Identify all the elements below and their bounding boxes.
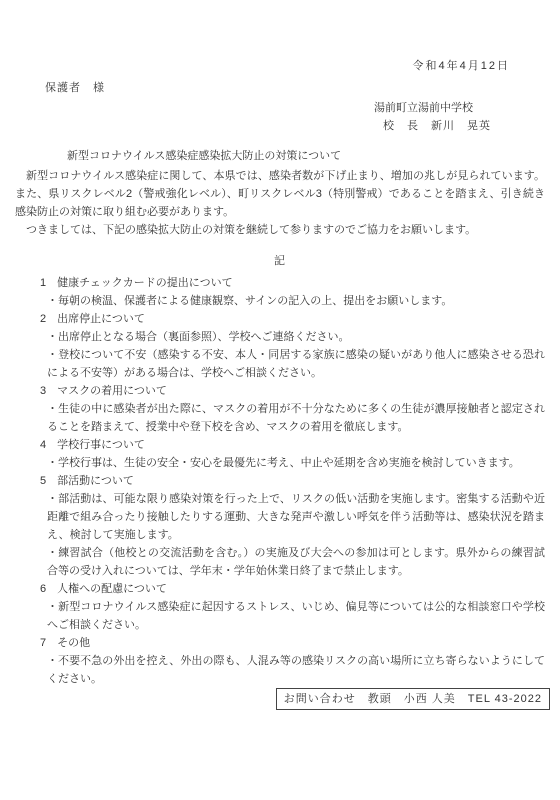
document-title: 新型コロナウイルス感染症感染拡大防止の対策について xyxy=(67,147,545,165)
item-heading-row: 4 学校行事について xyxy=(40,436,545,454)
sender-principal-name: 校 長 新川 晃英 xyxy=(383,117,545,135)
contact-area: お問い合わせ 教頭 小西 人美 TEL 43-2022 xyxy=(15,688,550,710)
bullet-line: ・学校行事は、生徒の安全・安心を最優先に考え、中止や延期を含め実施を検討していき… xyxy=(47,454,545,472)
list-item-6: 6 人権への配慮について ・新型コロナウイルス感染症に起因するストレス、いじめ、… xyxy=(15,580,545,634)
item-list: 1 健康チェックカードの提出について ・毎朝の検温、保護者による健康観察、サイン… xyxy=(15,274,545,688)
bullet-line: ・部活動は、可能な限り感染対策を行った上で、リスクの低い活動を実施します。密集す… xyxy=(47,490,545,544)
item-title: マスクの着用について xyxy=(57,382,167,400)
item-number: 7 xyxy=(40,634,46,652)
item-number: 1 xyxy=(40,274,46,292)
item-title: その他 xyxy=(57,634,90,652)
record-marker: 記 xyxy=(15,252,545,270)
bullet-line: ・不要不急の外出を控え、外出の際も、人混み等の感染リスクの高い場所に立ち寄らない… xyxy=(47,652,545,688)
bullet-line: ・毎朝の検温、保護者による健康観察、サインの記入の上、提出をお願いします。 xyxy=(47,292,545,310)
list-item-4: 4 学校行事について ・学校行事は、生徒の安全・安心を最優先に考え、中止や延期を… xyxy=(15,436,545,472)
item-number: 2 xyxy=(40,310,46,328)
list-item-3: 3 マスクの着用について ・生徒の中に感染者が出た際に、マスクの着用が不十分なた… xyxy=(15,382,545,436)
bullet-line: ・出席停止となる場合（裏面参照）、学校へご連絡ください。 xyxy=(47,328,545,346)
item-heading-row: 6 人権への配慮について xyxy=(40,580,545,598)
bullet-line: ・練習試合（他校との交流活動を含む。）の実施及び大会への参加は可とします。県外か… xyxy=(47,544,545,580)
bullet-line: ・新型コロナウイルス感染症に起因するストレス、いじめ、偏見等については公的な相談… xyxy=(47,598,545,634)
item-title: 人権への配慮について xyxy=(57,580,167,598)
item-title: 学校行事について xyxy=(57,436,145,454)
item-number: 5 xyxy=(40,472,46,490)
item-title: 部活動について xyxy=(57,472,134,490)
item-heading-row: 3 マスクの着用について xyxy=(40,382,545,400)
item-title: 健康チェックカードの提出について xyxy=(57,274,232,292)
item-heading-row: 7 その他 xyxy=(40,634,545,652)
item-heading-row: 5 部活動について xyxy=(40,472,545,490)
list-item-1: 1 健康チェックカードの提出について ・毎朝の検温、保護者による健康観察、サイン… xyxy=(15,274,545,310)
item-heading-row: 1 健康チェックカードの提出について xyxy=(40,274,545,292)
request-paragraph: つきましては、下記の感染拡大防止の対策を継続して参りますのでご協力をお願いします… xyxy=(15,221,545,239)
item-number: 6 xyxy=(40,580,46,598)
list-item-5: 5 部活動について ・部活動は、可能な限り感染対策を行った上で、リスクの低い活動… xyxy=(15,472,545,580)
item-number: 3 xyxy=(40,382,46,400)
contact-box: お問い合わせ 教頭 小西 人美 TEL 43-2022 xyxy=(276,688,550,710)
document-date: 令和4年4月12日 xyxy=(15,57,545,75)
item-number: 4 xyxy=(40,436,46,454)
item-title: 出席停止について xyxy=(57,310,145,328)
item-heading-row: 2 出席停止について xyxy=(40,310,545,328)
intro-paragraphs: 新型コロナウイルス感染症に関して、本県では、感染者数が下げ止まり、増加の兆しが見… xyxy=(15,167,545,239)
list-item-2: 2 出席停止について ・出席停止となる場合（裏面参照）、学校へご連絡ください。 … xyxy=(15,310,545,382)
bullet-line: ・生徒の中に感染者が出た際に、マスクの着用が不十分なために多くの生徒が濃厚接触者… xyxy=(47,400,545,436)
bullet-line: ・登校について不安（感染する不安、本人・同居する家族に感染の疑いがあり他人に感染… xyxy=(47,346,545,382)
document-page: 令和4年4月12日 保護者 様 湯前町立湯前中学校 校 長 新川 晃英 新型コロ… xyxy=(0,0,560,800)
sender-school-name: 湯前町立湯前中学校 xyxy=(374,99,545,117)
list-item-7: 7 その他 ・不要不急の外出を控え、外出の際も、人混み等の感染リスクの高い場所に… xyxy=(15,634,545,688)
addressee: 保護者 様 xyxy=(45,79,545,97)
intro-paragraph: 新型コロナウイルス感染症に関して、本県では、感染者数が下げ止まり、増加の兆しが見… xyxy=(15,167,545,221)
